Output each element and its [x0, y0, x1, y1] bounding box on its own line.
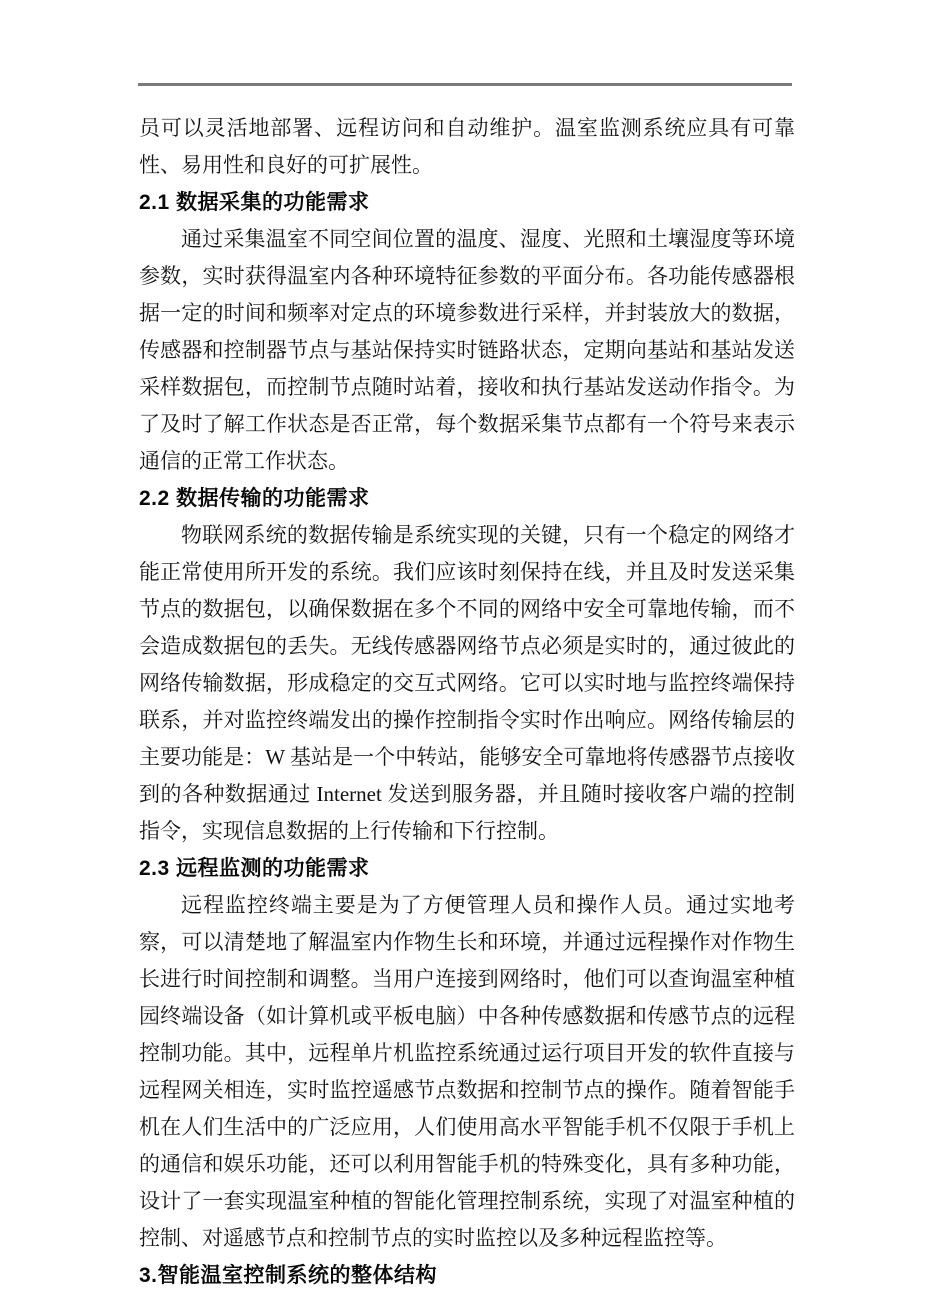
document-page: 员可以灵活地部署、远程访问和自动维护。温室监测系统应具有可靠性、易用性和良好的可…	[0, 0, 926, 1309]
header-rule	[138, 83, 792, 86]
section-heading-2-2: 2.2 数据传输的功能需求	[139, 480, 795, 517]
section-heading-3: 3.智能温室控制系统的整体结构	[139, 1257, 795, 1294]
paragraph-data-collection: 通过采集温室不同空间位置的温度、湿度、光照和土壤湿度等环境参数，实时获得温室内各…	[139, 221, 795, 480]
section-heading-2-1: 2.1 数据采集的功能需求	[139, 184, 795, 221]
paragraph-remote-monitoring: 远程监控终端主要是为了方便管理人员和操作人员。通过实地考察，可以清楚地了解温室内…	[139, 887, 795, 1257]
document-body: 员可以灵活地部署、远程访问和自动维护。温室监测系统应具有可靠性、易用性和良好的可…	[139, 110, 795, 1294]
paragraph-data-transmission: 物联网系统的数据传输是系统实现的关键，只有一个稳定的网络才能正常使用所开发的系统…	[139, 517, 795, 850]
section-heading-2-3: 2.3 远程监测的功能需求	[139, 850, 795, 887]
paragraph-continuation: 员可以灵活地部署、远程访问和自动维护。温室监测系统应具有可靠性、易用性和良好的可…	[139, 110, 795, 184]
